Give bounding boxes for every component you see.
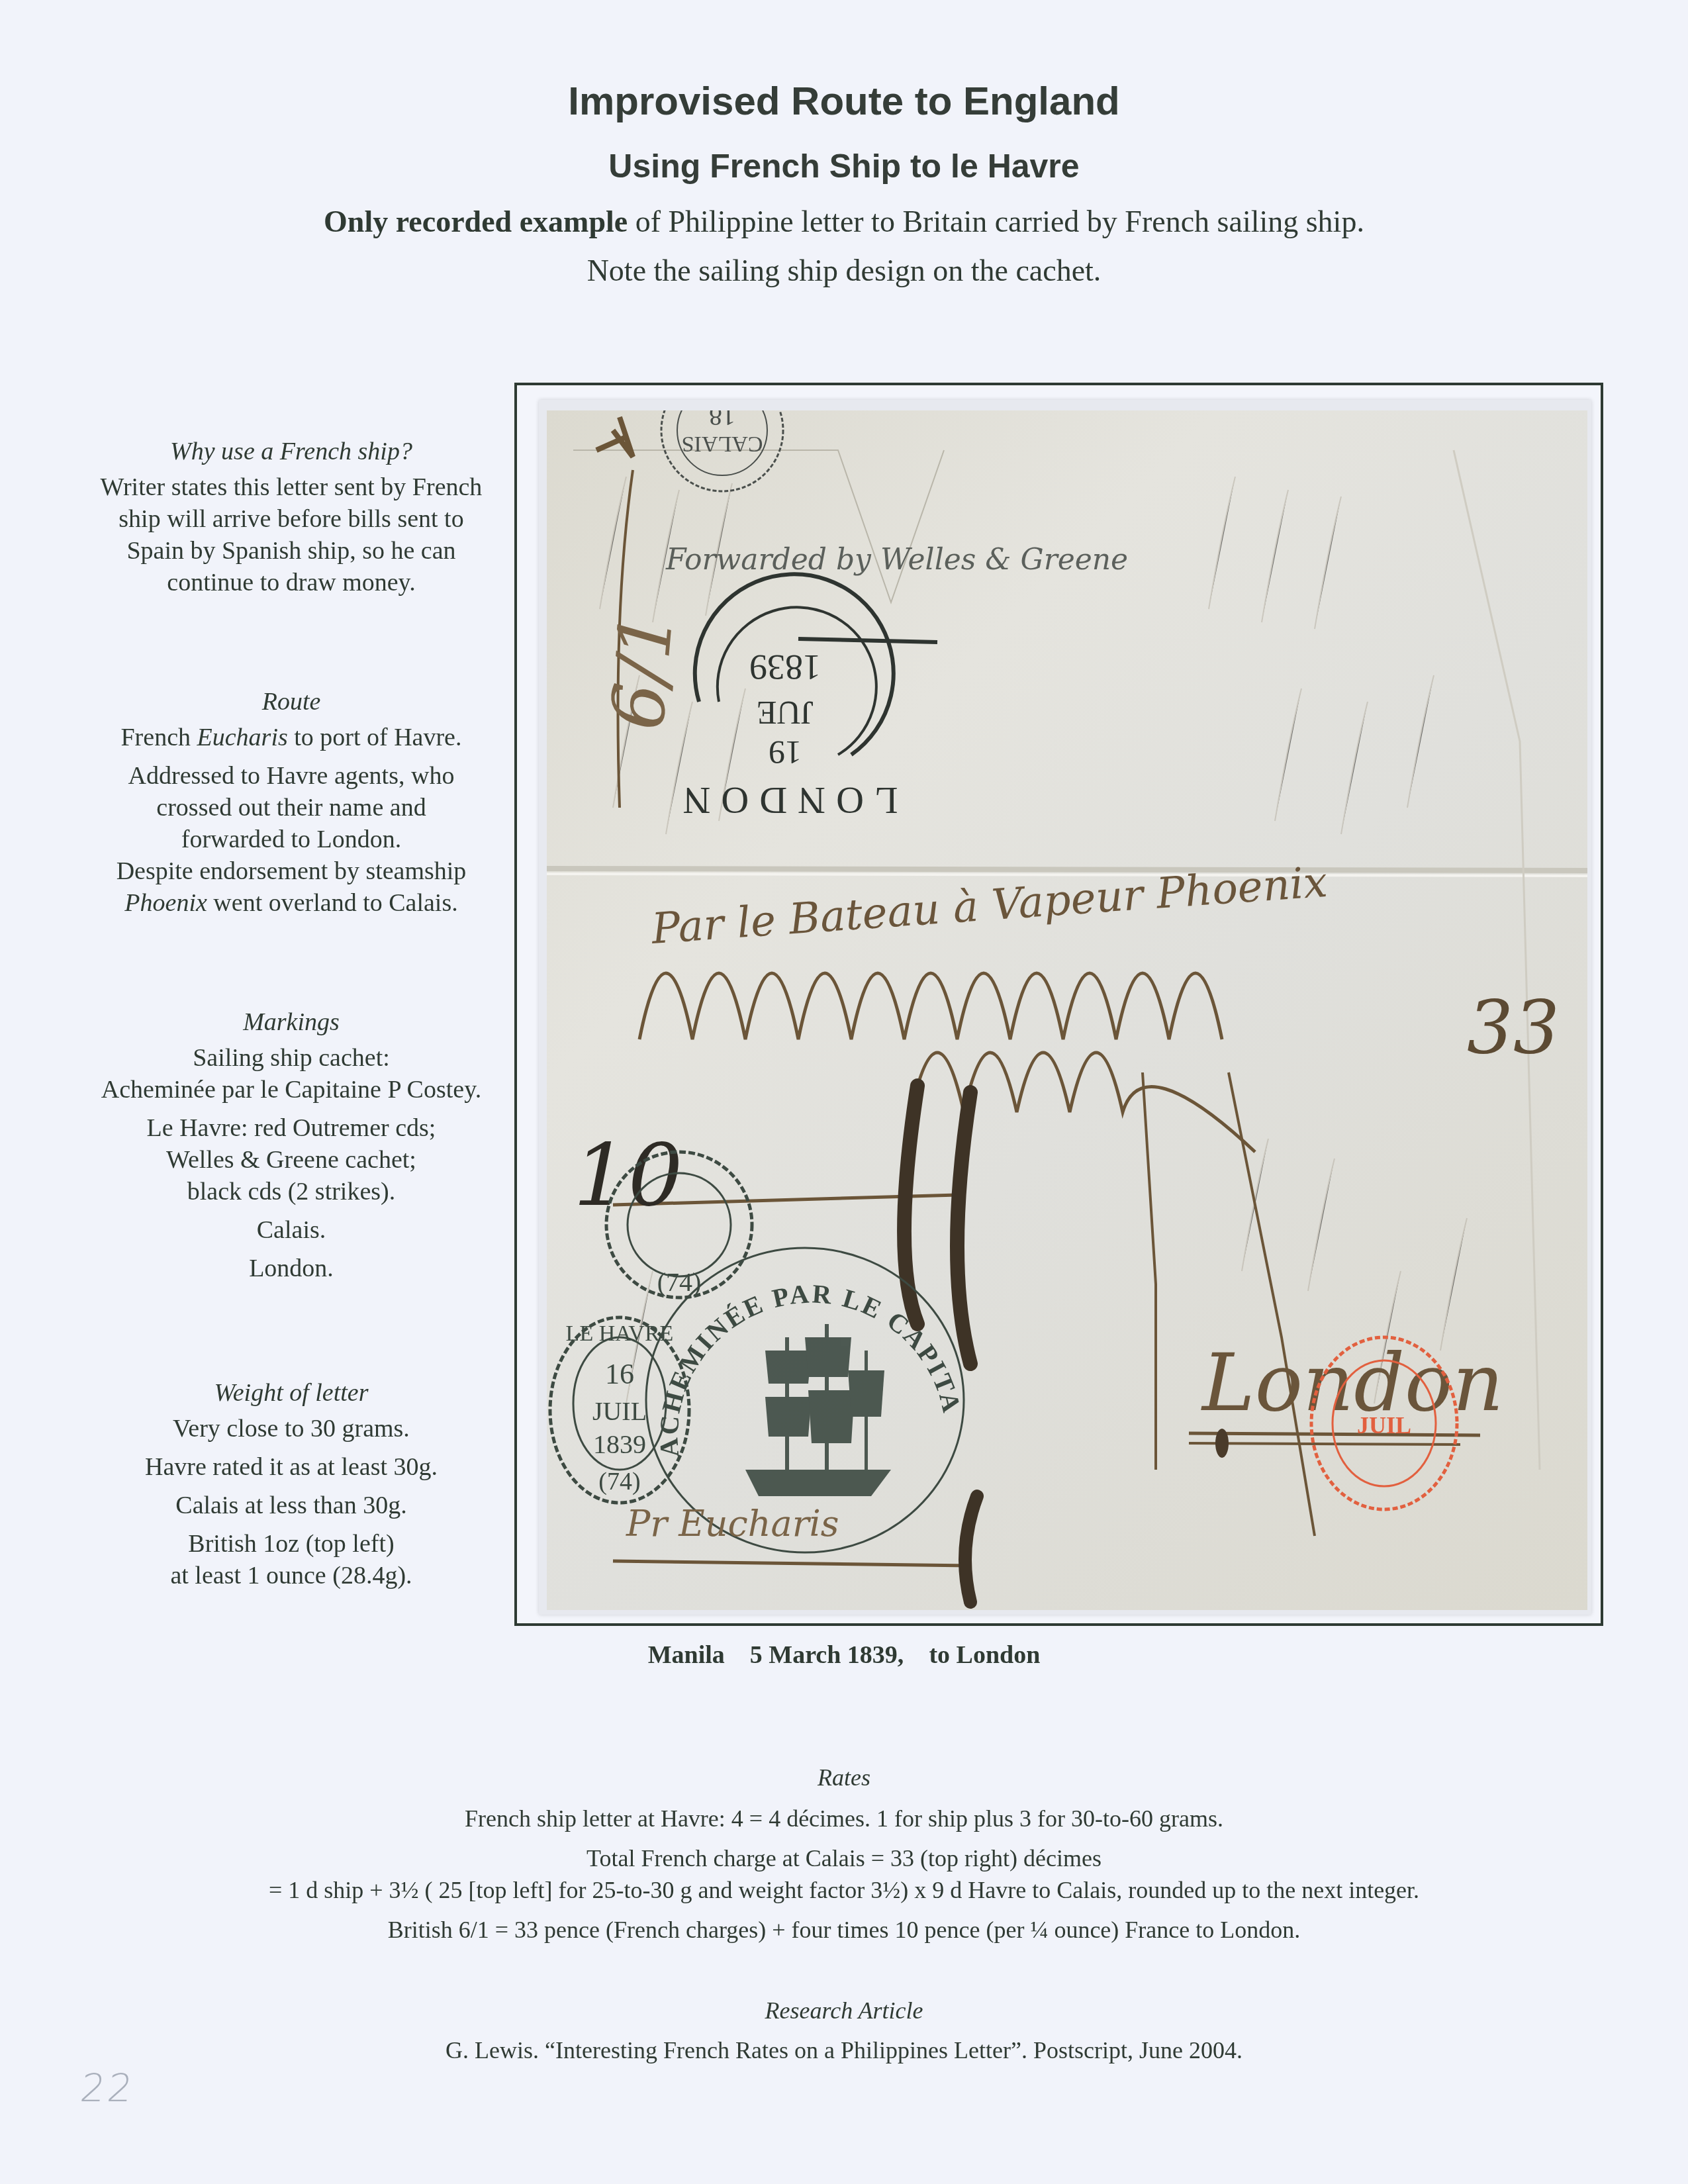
- ship-name-phoenix: Phoenix: [124, 889, 207, 917]
- rates-heading: Rates: [0, 1764, 1688, 1791]
- crossed-out-name: [639, 973, 1222, 1039]
- section-line: black cds (2 strikes).: [73, 1176, 510, 1208]
- section-weight: Weight of letter Very close to 30 grams.…: [73, 1377, 510, 1591]
- section-line: Very close to 30 grams.: [73, 1413, 510, 1445]
- havre-month: JUIL: [592, 1396, 647, 1426]
- per-ship-endorsement: Pr Eucharis: [626, 1503, 839, 1544]
- london-month: JUE: [757, 694, 814, 732]
- havre-code: (74): [598, 1468, 640, 1496]
- caption-destination: to London: [929, 1641, 1040, 1669]
- section-line: continue to draw money.: [73, 567, 510, 598]
- british-rate: 6/1: [595, 609, 690, 734]
- intro-text: of Philippine letter to Britain carried …: [628, 205, 1364, 238]
- section-line: British 1oz (top left): [73, 1528, 510, 1560]
- havre-day: 16: [605, 1358, 634, 1390]
- ship-name-eucharis: Eucharis: [197, 724, 288, 751]
- fold-line: [547, 869, 1587, 871]
- research-heading: Research Article: [0, 1997, 1688, 2024]
- cover-caption: Manila 5 March 1839, to London: [0, 1640, 1688, 1670]
- rates-line: Total French charge at Calais = 33 (top …: [0, 1844, 1688, 1872]
- section-heading: Why use a French ship?: [73, 436, 510, 467]
- intro-line-2: Note the sailing ship design on the cach…: [0, 253, 1688, 288]
- section-heading: Markings: [73, 1006, 510, 1038]
- text: to port of Havre.: [288, 724, 462, 751]
- research-citation: G. Lewis. “Interesting French Rates on a…: [0, 2036, 1688, 2064]
- ink-blot: [1215, 1429, 1229, 1458]
- caption-origin: Manila: [648, 1641, 725, 1669]
- strike-through: [798, 639, 937, 642]
- section-heading: Weight of letter: [73, 1377, 510, 1409]
- section-route: Route French Eucharis to port of Havre. …: [73, 686, 510, 919]
- section-line: Acheminée par le Capitaine P Costey.: [73, 1074, 510, 1106]
- intro-line-1: Only recorded example of Philippine lett…: [0, 204, 1688, 239]
- rate-33: 33: [1467, 985, 1560, 1070]
- section-line: Despite endorsement by steamship: [73, 855, 510, 887]
- route-line-1: French Eucharis to port of Havre.: [73, 722, 510, 753]
- ship-icon: [745, 1324, 891, 1496]
- outremer-month: JUIL: [1357, 1412, 1411, 1439]
- cover-illustration: CALAIS 18 6/1 1839 JUE 19 LONDON Forward…: [547, 410, 1587, 1610]
- section-line: London.: [73, 1253, 510, 1284]
- section-line: at least 1 ounce (28.4g).: [73, 1560, 510, 1591]
- intro-emphasis: Only recorded example: [324, 205, 628, 238]
- endorsement-text: Par le Bateau à Vapeur Phoenix: [649, 858, 1329, 954]
- section-why-french-ship: Why use a French ship? Writer states thi…: [73, 436, 510, 598]
- page-number: 22: [77, 2065, 138, 2111]
- section-line: Havre rated it as at least 30g.: [73, 1451, 510, 1483]
- address-city: London: [1201, 1337, 1504, 1429]
- strike-through: [613, 1561, 970, 1566]
- london-town: LONDON: [673, 779, 898, 822]
- section-line: Spain by Spanish ship, so he can: [73, 535, 510, 567]
- section-line: Calais at less than 30g.: [73, 1490, 510, 1521]
- text: went overland to Calais.: [207, 889, 458, 917]
- section-line: crossed out their name and: [73, 792, 510, 824]
- calais-town: CALAIS: [682, 432, 763, 456]
- route-line-phoenix: Phoenix went overland to Calais.: [73, 887, 510, 919]
- calais-day: 18: [709, 410, 735, 432]
- section-line: ship will arrive before bills sent to: [73, 503, 510, 535]
- section-heading: Route: [73, 686, 510, 718]
- forwarder-cachet: Forwarded by Welles & Greene: [665, 543, 1128, 577]
- manuscript-stroke: [1143, 1072, 1315, 1536]
- flap-edge: [1454, 450, 1540, 1470]
- section-line: Writer states this letter sent by French: [73, 471, 510, 503]
- section-line: Welles & Greene cachet;: [73, 1144, 510, 1176]
- london-day: 19: [769, 734, 802, 771]
- underline: [1189, 1443, 1460, 1445]
- page-title: Improvised Route to England: [0, 78, 1688, 124]
- havre-code: (74): [657, 1267, 702, 1297]
- section-line: Calais.: [73, 1214, 510, 1246]
- underline: [1189, 1433, 1480, 1435]
- section-markings: Markings Sailing ship cachet: Acheminée …: [73, 1006, 510, 1284]
- caption-date: 5 March 1839,: [750, 1641, 904, 1669]
- text: French: [120, 724, 197, 751]
- manuscript-rate: [965, 1496, 977, 1602]
- section-line: forwarded to London.: [73, 824, 510, 855]
- cover-image: CALAIS 18 6/1 1839 JUE 19 LONDON Forward…: [547, 410, 1587, 1610]
- london-year: 1839: [749, 647, 821, 687]
- rates-line: = 1 d ship + 3½ ( 25 [top left] for 25-t…: [0, 1876, 1688, 1904]
- section-line: Addressed to Havre agents, who: [73, 760, 510, 792]
- rates-line: French ship letter at Havre: 4 = 4 décim…: [0, 1805, 1688, 1832]
- rates-line: British 6/1 = 33 pence (French charges) …: [0, 1916, 1688, 1944]
- section-line: Le Havre: red Outremer cds;: [73, 1112, 510, 1144]
- havre-year: 1839: [593, 1429, 646, 1459]
- page-subtitle: Using French Ship to le Havre: [0, 147, 1688, 185]
- section-line: Sailing ship cachet:: [73, 1042, 510, 1074]
- manuscript-rate-4: [904, 1086, 970, 1364]
